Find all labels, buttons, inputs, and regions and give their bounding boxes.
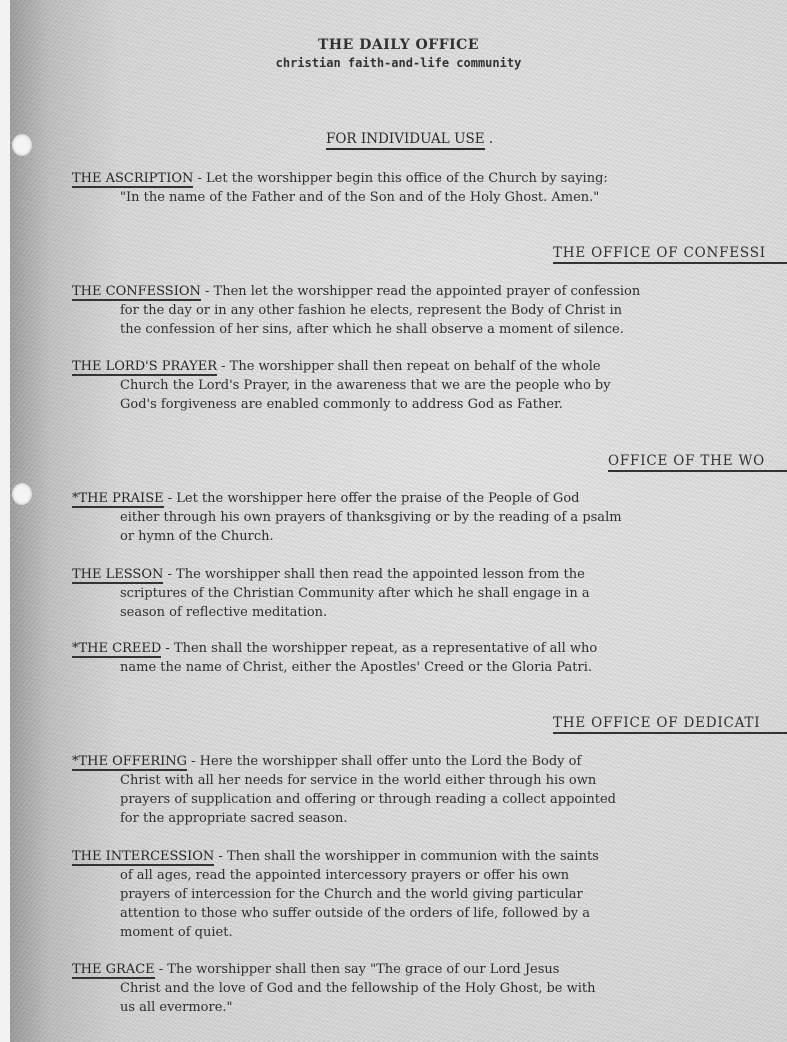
section-heading-word: OFFICE OF THE WO <box>608 453 787 472</box>
entry-text: - The worshipper shall then read the app… <box>163 567 584 582</box>
entry-line: name the name of Christ, either the Apos… <box>72 658 787 677</box>
use-heading-suffix: . <box>485 131 494 148</box>
entry-line: or hymn of the Church. <box>72 527 787 546</box>
binder-hole-top <box>12 134 32 156</box>
entry-lords-prayer: THE LORD'S PRAYER - The worshipper shall… <box>72 357 787 414</box>
entry-term: THE CONFESSION <box>72 284 201 301</box>
entry-line: prayers of supplication and offering or … <box>72 790 787 809</box>
entry-praise: *THE PRAISE - Let the worshipper here of… <box>72 489 787 546</box>
entry-text: - Let the worshipper here offer the prai… <box>164 491 580 506</box>
use-heading-text: FOR INDIVIDUAL USE <box>326 131 485 150</box>
document-subtitle: christian faith-and-life community <box>10 56 787 70</box>
entry-text: - Then shall the worshipper repeat, as a… <box>161 641 597 656</box>
entry-line: the confession of her sins, after which … <box>72 320 787 339</box>
entry-text: - Let the worshipper begin this office o… <box>193 171 607 186</box>
entry-text: - Here the worshipper shall offer unto t… <box>187 754 581 769</box>
entry-text: - The worshipper shall then repeat on be… <box>217 359 601 374</box>
entry-line: Church the Lord's Prayer, in the awarene… <box>72 376 787 395</box>
entry-creed: *THE CREED - Then shall the worshipper r… <box>72 639 787 677</box>
use-heading: FOR INDIVIDUAL USE . <box>326 131 493 147</box>
entry-line: Christ and the love of God and the fello… <box>72 979 787 998</box>
entry-line: attention to those who suffer outside of… <box>72 904 787 923</box>
scanned-page: THE DAILY OFFICE christian faith-and-lif… <box>10 0 787 1042</box>
entry-term: THE ASCRIPTION <box>72 171 193 188</box>
entry-offering: *THE OFFERING - Here the worshipper shal… <box>72 752 787 828</box>
entry-text: - Then let the worshipper read the appoi… <box>201 284 640 299</box>
entry-line: scriptures of the Christian Community af… <box>72 584 787 603</box>
entry-line: of all ages, read the appointed interces… <box>72 866 787 885</box>
entry-text: - Then shall the worshipper in communion… <box>214 849 599 864</box>
entry-confession: THE CONFESSION - Then let the worshipper… <box>72 282 787 339</box>
entry-line: moment of quiet. <box>72 923 787 942</box>
section-heading-confession: THE OFFICE OF CONFESSI <box>553 245 787 264</box>
section-heading-dedication: THE OFFICE OF DEDICATI <box>553 715 787 734</box>
entry-intercession: THE INTERCESSION - Then shall the worshi… <box>72 847 787 942</box>
entry-line: Christ with all her needs for service in… <box>72 771 787 790</box>
entry-line: season of reflective meditation. <box>72 603 787 622</box>
entry-line: God's forgiveness are enabled commonly t… <box>72 395 787 414</box>
binder-hole-middle <box>12 483 32 505</box>
entry-line: us all evermore." <box>72 998 787 1017</box>
entry-term: THE INTERCESSION <box>72 849 214 866</box>
entry-lesson: THE LESSON - The worshipper shall then r… <box>72 565 787 622</box>
entry-term: *THE CREED <box>72 641 161 658</box>
entry-term: THE LESSON <box>72 567 163 584</box>
entry-grace: THE GRACE - The worshipper shall then sa… <box>72 960 787 1017</box>
entry-text: - The worshipper shall then say "The gra… <box>155 962 560 977</box>
entry-line: prayers of intercession for the Church a… <box>72 885 787 904</box>
entry-line: for the appropriate sacred season. <box>72 809 787 828</box>
entry-line: for the day or in any other fashion he e… <box>72 301 787 320</box>
entry-term: THE GRACE <box>72 962 155 979</box>
entry-term: THE LORD'S PRAYER <box>72 359 217 376</box>
entry-line: "In the name of the Father and of the So… <box>72 188 787 207</box>
entry-term: *THE OFFERING <box>72 754 187 771</box>
entry-ascription: THE ASCRIPTION - Let the worshipper begi… <box>72 169 787 207</box>
document-title: THE DAILY OFFICE <box>10 37 787 53</box>
entry-line: either through his own prayers of thanks… <box>72 508 787 527</box>
entry-term: *THE PRAISE <box>72 491 164 508</box>
